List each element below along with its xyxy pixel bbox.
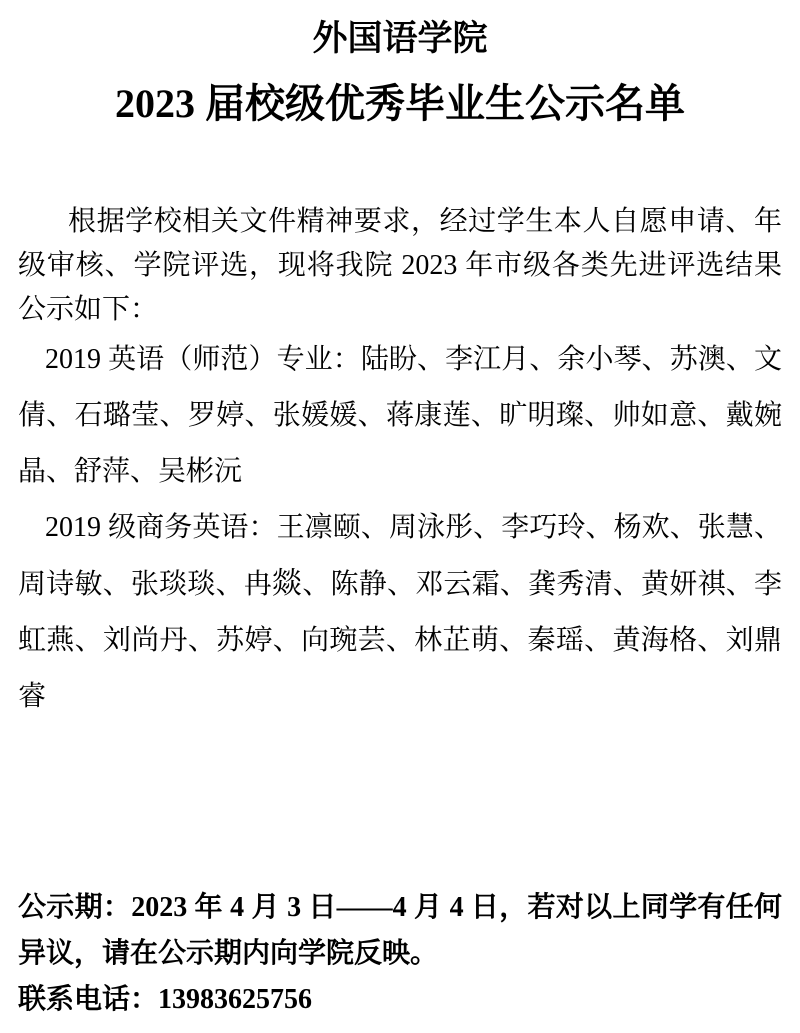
group-business-english-label: 2019 级商务英语： bbox=[45, 512, 277, 543]
group-english-normal-major: 2019 英语（师范）专业：陆盼、李江月、余小琴、苏澳、文倩、石璐莹、罗婷、张媛… bbox=[18, 332, 782, 500]
contact-phone-line: 联系电话：13983625756 bbox=[18, 977, 782, 1023]
group-business-english-fallback-glyph: 燚 bbox=[272, 566, 302, 601]
document-page: 外国语学院 2023 届校级优秀毕业生公示名单 根据学校相关文件精神要求，经过学… bbox=[0, 0, 800, 1033]
notice-period-paragraph: 公示期：2023 年 4 月 3 日——4 月 4 日，若对以上同学有任何异议，… bbox=[18, 885, 782, 977]
document-subtitle: 2023 届校级优秀毕业生公示名单 bbox=[18, 78, 782, 130]
group-business-english: 2019 级商务英语：王凛颐、周泳彤、李巧玲、杨欢、张慧、周诗敏、张琰琰、冉燚、… bbox=[18, 500, 782, 725]
document-title: 外国语学院 bbox=[18, 16, 782, 62]
intro-paragraph: 根据学校相关文件精神要求，经过学生本人自愿申请、年级审核、学院评选，现将我院 2… bbox=[18, 200, 782, 332]
group-english-normal-label: 2019 英语（师范）专业： bbox=[45, 344, 361, 375]
